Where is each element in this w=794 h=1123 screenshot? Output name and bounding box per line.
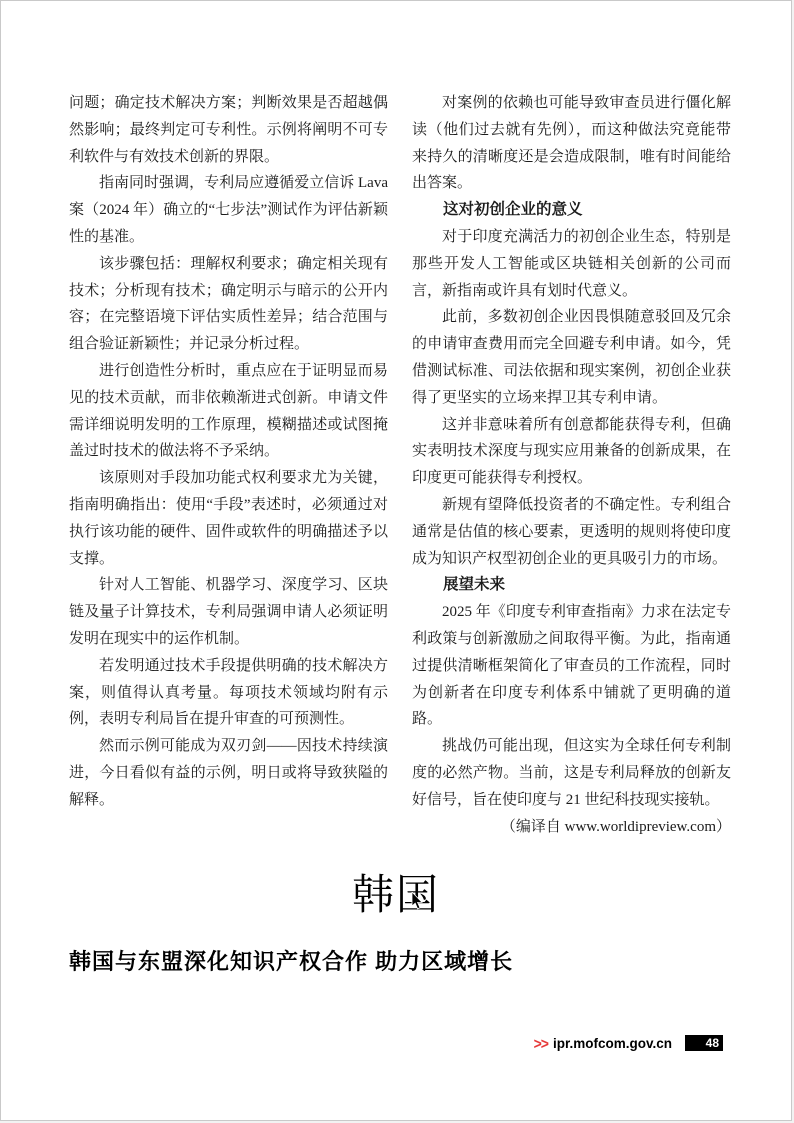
- paragraph: 该原则对手段加功能式权利要求尤为关键，指南明确指出：使用“手段”表述时，必须通过…: [69, 465, 388, 572]
- paragraph: 进行创造性分析时，重点应在于证明显而易见的技术贡献，而非依赖渐进式创新。申请文件…: [69, 358, 388, 465]
- attribution-line: （编译自 www.worldipreview.com）: [412, 814, 731, 841]
- footer-site-url: ipr.mofcom.gov.cn: [553, 1036, 672, 1051]
- section-heading: 这对初创企业的意义: [412, 197, 731, 224]
- page-footer: >> ipr.mofcom.gov.cn 48: [534, 1035, 723, 1051]
- country-section-title: 韩国: [1, 869, 791, 921]
- paragraph: 若发明通过技术手段提供明确的技术解决方案，则值得认真考量。每项技术领域均附有示例…: [69, 653, 388, 733]
- article-body: 问题；确定技术解决方案；判断效果是否超越偶然影响；最终判定可专利性。示例将阐明不…: [69, 90, 731, 840]
- paragraph: 2025 年《印度专利审查指南》力求在法定专利政策与创新激励之间取得平衡。为此，…: [412, 599, 731, 733]
- article-headline: 韩国与东盟深化知识产权合作 助力区域增长: [69, 947, 731, 977]
- paragraph: 问题；确定技术解决方案；判断效果是否超越偶然影响；最终判定可专利性。示例将阐明不…: [69, 90, 388, 170]
- paragraph: 指南同时强调，专利局应遵循爱立信诉 Lava 案（2024 年）确立的“七步法”…: [69, 170, 388, 250]
- paragraph: 这并非意味着所有创意都能获得专利，但确实表明技术深度与现实应用兼备的创新成果，在…: [412, 412, 731, 492]
- right-column: 对案例的依赖也可能导致审查员进行僵化解读（他们过去就有先例），而这种做法究竟能带…: [412, 90, 731, 840]
- paragraph: 针对人工智能、机器学习、深度学习、区块链及量子计算技术，专利局强调申请人必须证明…: [69, 572, 388, 652]
- paragraph: 对案例的依赖也可能导致审查员进行僵化解读（他们过去就有先例），而这种做法究竟能带…: [412, 90, 731, 197]
- paragraph: 挑战仍可能出现，但这实为全球任何专利制度的必然产物。当前，这是专利局释放的创新友…: [412, 733, 731, 813]
- paragraph: 对于印度充满活力的初创企业生态，特别是那些开发人工智能或区块链相关创新的公司而言…: [412, 224, 731, 304]
- paragraph: 然而示例可能成为双刃剑——因技术持续演进，今日看似有益的示例，明日或将导致狭隘的…: [69, 733, 388, 813]
- section-heading: 展望未来: [412, 572, 731, 599]
- paragraph: 该步骤包括：理解权利要求；确定相关现有技术；分析现有技术；确定明示与暗示的公开内…: [69, 251, 388, 358]
- paragraph: 此前，多数初创企业因畏惧随意驳回及冗余的申请审查费用而完全回避专利申请。如今，凭…: [412, 304, 731, 411]
- document-page: 问题；确定技术解决方案；判断效果是否超越偶然影响；最终判定可专利性。示例将阐明不…: [0, 0, 792, 1121]
- left-column: 问题；确定技术解决方案；判断效果是否超越偶然影响；最终判定可专利性。示例将阐明不…: [69, 90, 388, 840]
- paragraph: 新规有望降低投资者的不确定性。专利组合通常是估值的核心要素，更透明的规则将使印度…: [412, 492, 731, 572]
- double-chevron-icon: >>: [534, 1034, 548, 1052]
- page-number-badge: 48: [685, 1035, 723, 1051]
